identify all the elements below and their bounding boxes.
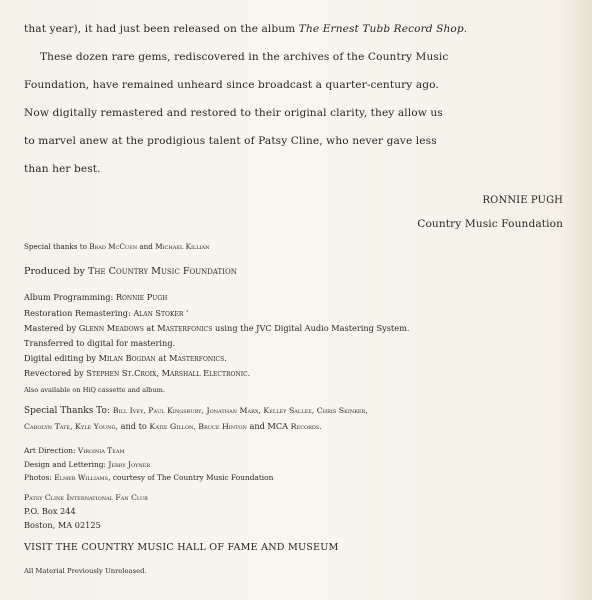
credit-mastered: Mastered by Glenn Meadows at Masterfonic… xyxy=(24,323,409,333)
credit-label: Photos: xyxy=(24,473,54,482)
credit-name: Stephen St.Croix, Marshall Electronic. xyxy=(86,368,250,378)
fan-club-address-2: Boston, MA 02125 xyxy=(24,520,101,530)
essay-line-6: than her best. xyxy=(24,163,101,175)
thanks-name: Brad McCuen xyxy=(89,242,137,251)
special-thanks-short: Special thanks to Brad McCuen and Michae… xyxy=(24,242,210,251)
credit-mid: at xyxy=(144,323,157,333)
credit-name: Ronnie Pugh xyxy=(116,292,168,302)
produced-by: Produced by The Country Music Foundation xyxy=(24,266,237,277)
liner-notes-page: that year), it had just been released on… xyxy=(0,0,592,600)
credit-name: Jerry Joyner xyxy=(108,460,150,469)
special-thanks-label: Special Thanks To: xyxy=(24,406,113,416)
credit-label: Album Programming: xyxy=(24,292,116,302)
special-thanks-prefix: Special thanks to xyxy=(24,242,89,251)
thanks-names: Bill Ivey, Paul Kingsbury, Jonathan Marx… xyxy=(113,406,368,415)
credit-digital-editing: Digital editing by Milan Bogdan at Maste… xyxy=(24,353,227,363)
essay-line-1-text: that year), it had just been released on… xyxy=(24,23,299,35)
produced-by-label: Produced by xyxy=(24,266,88,277)
thanks-conj: and to xyxy=(118,421,149,431)
credit-label: Restoration Remastering: xyxy=(24,308,133,318)
credit-restoration: Restoration Remastering: Alan Stoker ' xyxy=(24,308,188,318)
thanks-names: Records. xyxy=(291,422,322,431)
credit-design-lettering: Design and Lettering: Jerry Joyner xyxy=(24,460,150,469)
producer-org: The Country Music Foundation xyxy=(88,266,237,277)
album-title: The Ernest Tubb Record Shop. xyxy=(299,23,467,35)
special-thanks-long-line-1: Special Thanks To: Bill Ivey, Paul Kings… xyxy=(24,405,368,416)
thanks-names: Katie Gillon, Bruce Hinton xyxy=(149,422,247,431)
essay-line-3: Foundation, have remained unheard since … xyxy=(24,79,439,91)
credit-name: Milan Bogdan xyxy=(99,353,156,363)
credit-name: Alan Stoker xyxy=(133,308,183,318)
credit-photos: Photos: Elmer Williams, courtesy of The … xyxy=(24,473,273,482)
essay-line-1: that year), it had just been released on… xyxy=(24,23,467,35)
credit-suffix: , courtesy of The Country Music Foundati… xyxy=(108,473,273,482)
credit-name: Elmer Williams xyxy=(54,473,108,482)
essay-line-4: Now digitally remastered and restored to… xyxy=(24,107,443,119)
credit-label: Digital editing by xyxy=(24,353,99,363)
credit-art-direction: Art Direction: Virginia Team xyxy=(24,446,125,455)
credit-name: Masterfonics xyxy=(157,323,212,333)
author-affiliation: Country Music Foundation xyxy=(417,218,563,230)
footer-note: All Material Previously Unreleased. xyxy=(24,567,147,575)
credit-name: Virginia Team xyxy=(78,446,125,455)
availability-note: Also available on HiQ cassette and album… xyxy=(24,386,165,394)
credit-label: Mastered by xyxy=(24,323,79,333)
credit-label: Art Direction: xyxy=(24,446,78,455)
credit-suffix: using the JVC Digital Audio Mastering Sy… xyxy=(212,323,409,333)
thanks-names: Carolyn Tate, Kyle Young, xyxy=(24,422,118,431)
essay-line-2: These dozen rare gems, rediscovered in t… xyxy=(40,51,448,63)
credit-suffix: ' xyxy=(183,308,188,318)
thanks-conj: and MCA xyxy=(247,421,291,431)
credit-transferred: Transferred to digital for mastering. xyxy=(24,338,175,348)
museum-line: VISIT THE COUNTRY MUSIC HALL OF FAME AND… xyxy=(24,542,339,553)
essay-line-5: to marvel anew at the prodigious talent … xyxy=(24,135,437,147)
credit-label: Revectored by xyxy=(24,368,86,378)
credit-label: Design and Lettering: xyxy=(24,460,108,469)
credit-mid: at xyxy=(156,353,169,363)
special-thanks-long-line-2: Carolyn Tate, Kyle Young, and to Katie G… xyxy=(24,421,322,431)
credit-album-programming: Album Programming: Ronnie Pugh xyxy=(24,292,167,302)
fan-club-name: Patsy Cline International Fan Club xyxy=(24,493,148,502)
author-name: RONNIE PUGH xyxy=(483,195,563,206)
thanks-name: Michael Killian xyxy=(155,242,209,251)
credit-name: Masterfonics. xyxy=(169,353,227,363)
credit-revectored: Revectored by Stephen St.Croix, Marshall… xyxy=(24,368,250,378)
credit-name: Glenn Meadows xyxy=(79,323,144,333)
thanks-conj: and xyxy=(137,242,155,251)
fan-club-address-1: P.O. Box 244 xyxy=(24,506,76,516)
